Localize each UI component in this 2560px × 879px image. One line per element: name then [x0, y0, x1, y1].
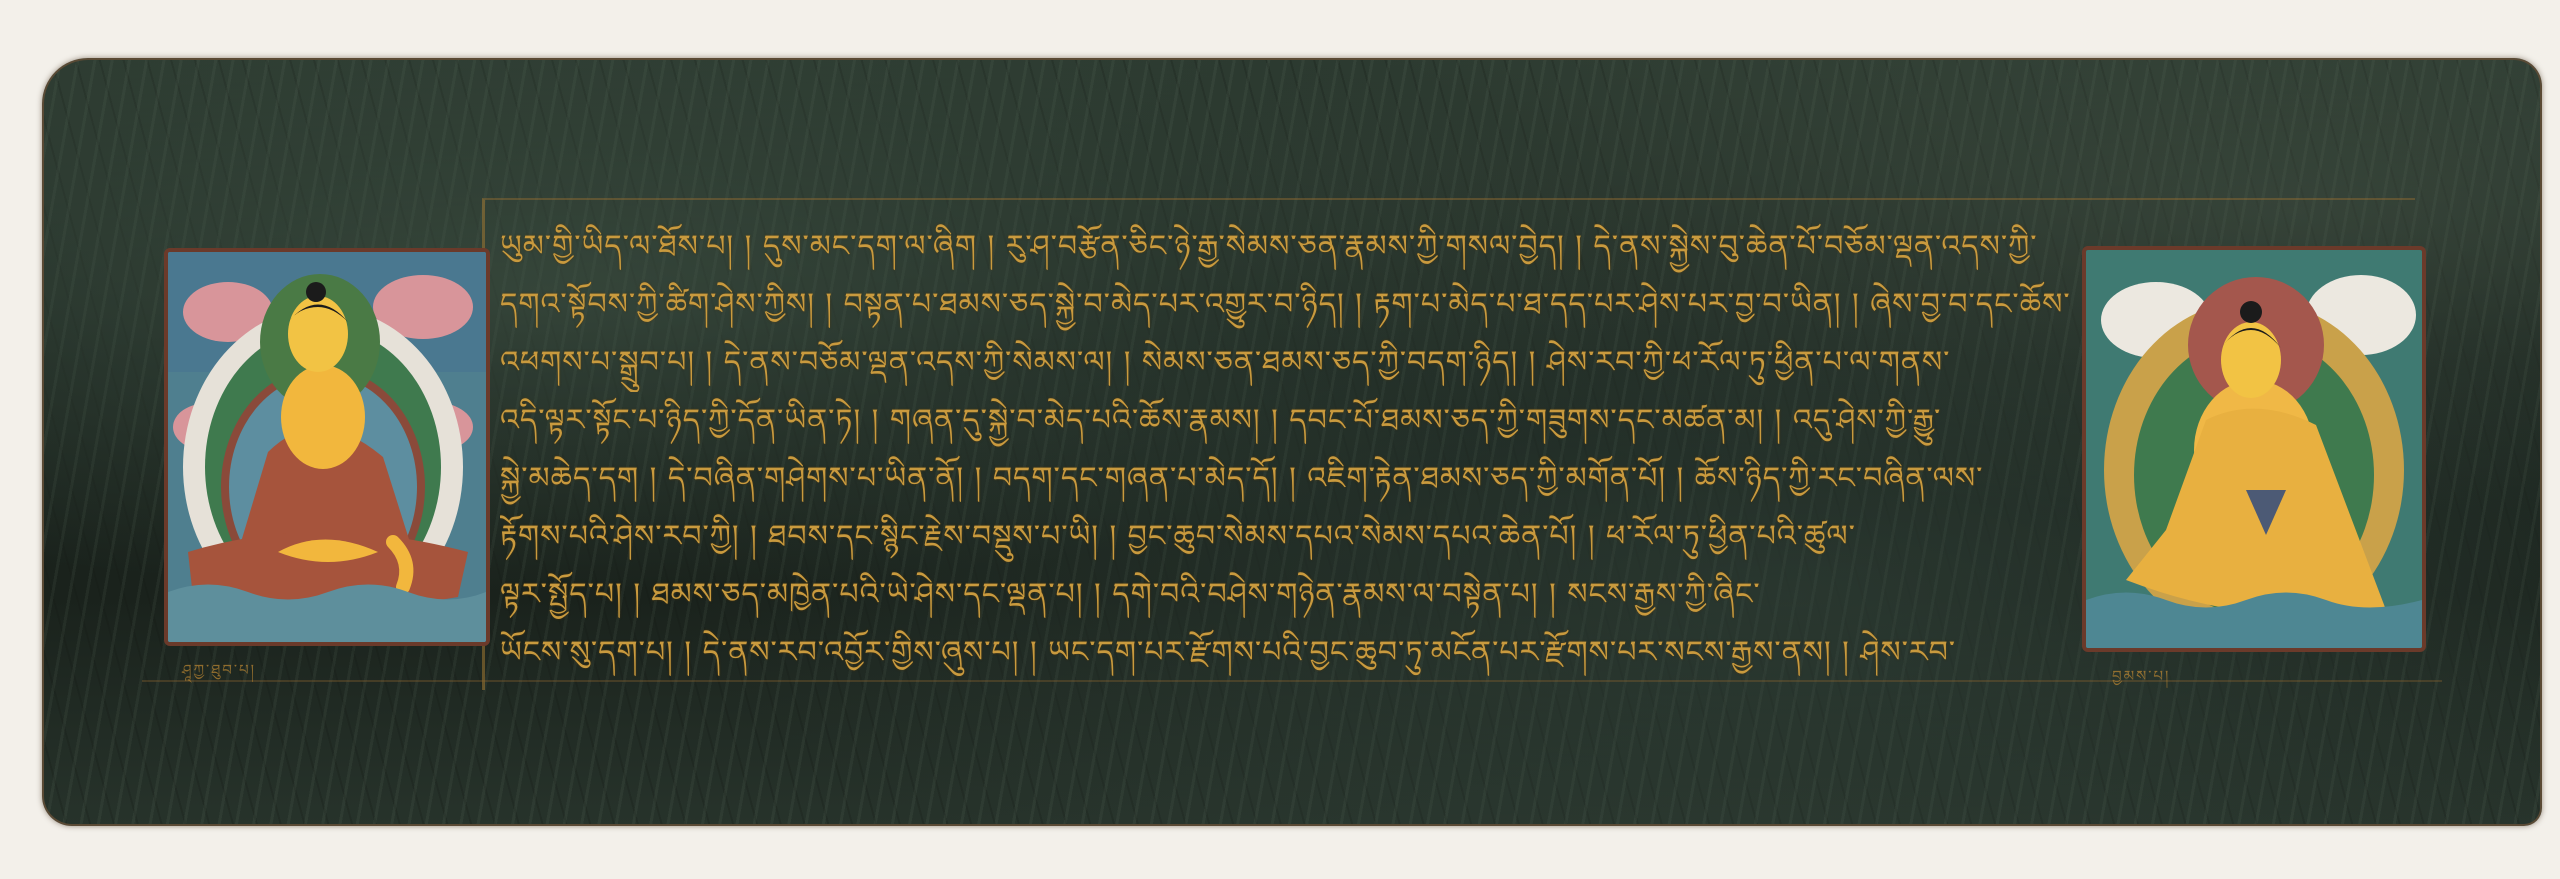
buddha-red-robe-icon	[168, 252, 486, 642]
left-buddha-painting	[164, 248, 490, 646]
text-line: ལྟར་སྤྱོད་པ། ། ཐམས་ཅད་མཁྱེན་པའི་ཡེ་ཤེས་ད…	[500, 566, 2090, 624]
buddha-yellow-robe-icon	[2086, 250, 2422, 648]
tibetan-text-block: ཡུམ་གྱི་ཡིད་ལ་ཐོས་པ། ། དུས་མང་དག་ལ་ཞིག །…	[500, 218, 2090, 678]
left-panel-caption: ཤཱཀྱ་ཐུབ་པ།	[182, 654, 256, 696]
text-line: ཡོངས་སུ་དག་པ། ། དེ་ནས་རབ་འབྱོར་གྱིས་ཞུས་…	[500, 624, 2090, 682]
text-line: ཡུམ་གྱི་ཡིད་ལ་ཐོས་པ། ། དུས་མང་དག་ལ་ཞིག །…	[500, 218, 2090, 276]
text-line: རྟོགས་པའི་ཤེས་རབ་ཀྱི། ། ཐབས་དང་སྙིང་རྗེས…	[500, 508, 2090, 566]
text-line: འཕགས་པ་སྒྲུབ་པ། ། དེ་ནས་བཅོམ་ལྡན་འདས་ཀྱི…	[500, 334, 2090, 392]
right-buddha-painting	[2082, 246, 2426, 652]
right-panel-caption: བྱམས་པ།	[2112, 660, 2170, 702]
text-line: སྐྱེ་མཆེད་དག ། དེ་བཞིན་གཤེགས་པ་ཡིན་ནོ། །…	[500, 450, 2090, 508]
manuscript-folio: ཤཱཀྱ་ཐུབ་པ། བྱམས་པ། ཡུམ་གྱི་ཡིད་ལ་ཐོས་པ།…	[42, 58, 2542, 826]
text-line: འདི་ལྟར་སྟོང་པ་ཉིད་ཀྱི་དོན་ཡིན་ཏེ། ། གཞན…	[500, 392, 2090, 450]
text-line: དགའ་སྟོབས་ཀྱི་ཚིག་ཤེས་ཀྱིས། ། བསྟན་པ་ཐམས…	[500, 276, 2090, 334]
